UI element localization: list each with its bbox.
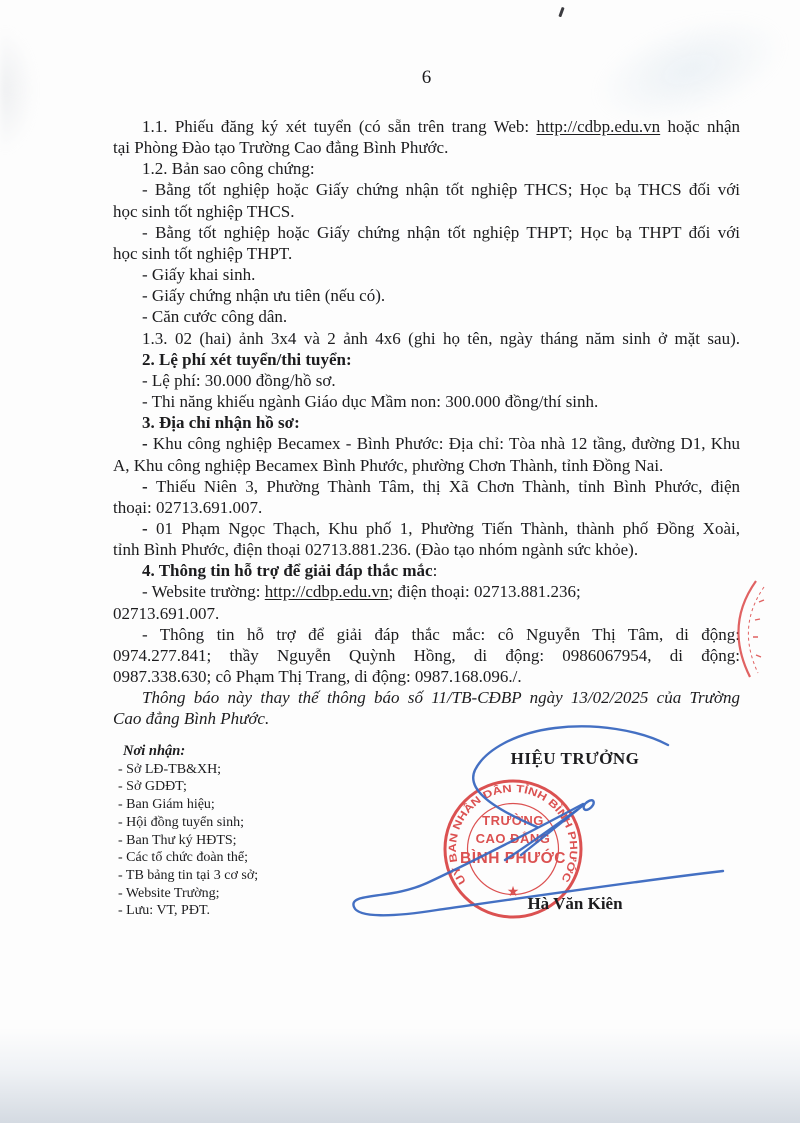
recipient-item: - Ban Thư ký HĐTS;: [118, 832, 378, 850]
signer-name: Hà Văn Kiên: [450, 894, 700, 914]
body-line: - Thiếu Niên 3, Phường Thành Tâm, thị Xã…: [113, 476, 740, 497]
body-text: 4. Thông tin hỗ trợ để giải đáp thắc mắc: [142, 561, 433, 580]
body-line: - Bằng tốt nghiệp hoặc Giấy chứng nhận t…: [113, 222, 740, 243]
body-text: 1.2. Bản sao công chứng:: [142, 159, 315, 178]
body-text: - Giấy chứng nhận ưu tiên (nếu có).: [142, 286, 385, 305]
body-text: -: [142, 477, 156, 496]
body-text: học sinh tốt nghiệp THCS.: [113, 202, 295, 221]
body-text: thoại: 02713.691.007.: [113, 498, 262, 517]
body-line: 02713.691.007.: [113, 603, 740, 624]
body-line: A, Khu công nghiệp Becamex Bình Phước, p…: [113, 455, 740, 476]
body-text: 2. Lệ phí xét tuyển/thi tuyển:: [142, 350, 352, 369]
body-text: - Giấy khai sinh.: [142, 265, 255, 284]
page-number: 6: [113, 67, 740, 89]
partial-stamp-mark: [712, 575, 772, 685]
body-text: 0974.277.841; thầy Nguyễn Quỳnh Hồng, di…: [113, 646, 740, 665]
body-line: - 01 Phạm Ngọc Thạch, Khu phố 1, Phường …: [113, 518, 740, 539]
body-text: ; điện thoại: 02713.881.236;: [388, 582, 580, 601]
body-line: 3. Địa chỉ nhận hồ sơ:: [113, 412, 740, 433]
body-line: tỉnh Bình Phước, điện thoại 02713.881.23…: [113, 539, 740, 560]
body-line: - Website trường: http://cdbp.edu.vn; đi…: [113, 581, 740, 602]
recipient-item: - TB bảng tin tại 3 cơ sở;: [118, 867, 378, 885]
body-line: 0974.277.841; thầy Nguyễn Quỳnh Hồng, di…: [113, 645, 740, 666]
body-text: :: [433, 561, 438, 580]
scan-left-haze: [0, 30, 34, 150]
scan-ink-mark: [558, 7, 564, 17]
body-line: 4. Thông tin hỗ trợ để giải đáp thắc mắc…: [113, 560, 740, 581]
body-text: 1.3. 02 (hai) ảnh 3x4 và 2 ảnh 4x6 (ghi …: [142, 329, 740, 348]
body-line: - Lệ phí: 30.000 đồng/hồ sơ.: [113, 370, 740, 391]
body-line: tại Phòng Đào tạo Trường Cao đẳng Bình P…: [113, 137, 740, 158]
body-text: học sinh tốt nghiệp THPT.: [113, 244, 292, 263]
body-text: 3. Địa chỉ nhận hồ sơ:: [142, 413, 300, 432]
body-text: -: [142, 434, 153, 453]
body-text: - Bằng tốt nghiệp hoặc Giấy chứng nhận t…: [142, 223, 740, 242]
recipients-list: - Sở LĐ-TB&XH;- Sở GDĐT;- Ban Giám hiệu;…: [118, 761, 378, 920]
body-text: Thiếu Niên 3, Phường Thành Tâm, thị Xã C…: [156, 477, 740, 496]
body-line: thoại: 02713.691.007.: [113, 497, 740, 518]
body-line: học sinh tốt nghiệp THPT.: [113, 243, 740, 264]
recipient-item: - Website Trường;: [118, 885, 378, 903]
body-text: Thông báo này thay thế thông báo số 11/T…: [142, 688, 740, 707]
url-text: http://cdbp.edu.vn: [265, 582, 389, 601]
body-text: - Website trường:: [142, 582, 265, 601]
body-text: Cao đẳng Bình Phước.: [113, 709, 269, 728]
body-text: tại Phòng Đào tạo Trường Cao đẳng Bình P…: [113, 138, 448, 157]
body-line: 0987.338.630; cô Phạm Thị Trang, di động…: [113, 666, 740, 687]
body-text: - Lệ phí: 30.000 đồng/hồ sơ.: [142, 371, 336, 390]
url-text: http://cdbp.edu.vn: [536, 117, 660, 136]
body-text: tỉnh Bình Phước, điện thoại 02713.881.23…: [113, 540, 638, 559]
body-text: - Thông tin hỗ trợ để giải đáp thắc mắc:…: [142, 625, 740, 644]
signature-stroke: [521, 800, 594, 855]
recipient-item: - Lưu: VT, PĐT.: [118, 902, 378, 920]
recipient-item: - Sở GDĐT;: [118, 778, 378, 796]
body-text: A, Khu công nghiệp Becamex Bình Phước, p…: [113, 456, 663, 475]
scanned-document-page: 6 1.1. Phiếu đăng ký xét tuyển (có sẵn t…: [0, 0, 800, 1123]
recipient-item: - Các tổ chức đoàn thể;: [118, 849, 378, 867]
recipient-item: - Hội đồng tuyển sinh;: [118, 814, 378, 832]
body-line: 1.3. 02 (hai) ảnh 3x4 và 2 ảnh 4x6 (ghi …: [113, 328, 740, 349]
body-text: 01 Phạm Ngọc Thạch, Khu phố 1, Phường Ti…: [156, 519, 740, 538]
recipient-item: - Sở LĐ-TB&XH;: [118, 761, 378, 779]
body-line: Thông báo này thay thế thông báo số 11/T…: [113, 687, 740, 708]
body-line: - Căn cước công dân.: [113, 306, 740, 327]
body-line: 1.1. Phiếu đăng ký xét tuyển (có sẵn trê…: [113, 116, 740, 137]
body-text: 1.1. Phiếu đăng ký xét tuyển (có sẵn trê…: [142, 117, 536, 136]
body-line: học sinh tốt nghiệp THCS.: [113, 201, 740, 222]
body-text: - Thi năng khiếu ngành Giáo dục Mầm non:…: [142, 392, 598, 411]
recipients-block: Nơi nhận: - Sở LĐ-TB&XH;- Sở GDĐT;- Ban …: [118, 743, 378, 920]
document-body: 1.1. Phiếu đăng ký xét tuyển (có sẵn trê…: [113, 116, 740, 730]
body-text: 02713.691.007.: [113, 604, 219, 623]
body-text: 0987.338.630; cô Phạm Thị Trang, di động…: [113, 667, 522, 686]
body-line: - Khu công nghiệp Becamex - Bình Phước: …: [113, 433, 740, 454]
body-line: - Thi năng khiếu ngành Giáo dục Mầm non:…: [113, 391, 740, 412]
body-line: - Giấy chứng nhận ưu tiên (nếu có).: [113, 285, 740, 306]
body-text: - Căn cước công dân.: [142, 307, 287, 326]
body-line: 1.2. Bản sao công chứng:: [113, 158, 740, 179]
body-line: 2. Lệ phí xét tuyển/thi tuyển:: [113, 349, 740, 370]
body-text: -: [142, 519, 156, 538]
body-text: Khu công nghiệp Becamex - Bình Phước: Đị…: [153, 434, 740, 453]
body-line: - Giấy khai sinh.: [113, 264, 740, 285]
recipient-item: - Ban Giám hiệu;: [118, 796, 378, 814]
recipients-title: Nơi nhận:: [118, 743, 378, 761]
body-line: - Thông tin hỗ trợ để giải đáp thắc mắc:…: [113, 624, 740, 645]
body-text: hoặc nhận: [660, 117, 740, 136]
body-line: - Bằng tốt nghiệp hoặc Giấy chứng nhận t…: [113, 179, 740, 200]
scan-bottom-shadow: [0, 1028, 800, 1123]
body-text: - Bằng tốt nghiệp hoặc Giấy chứng nhận t…: [142, 180, 740, 199]
